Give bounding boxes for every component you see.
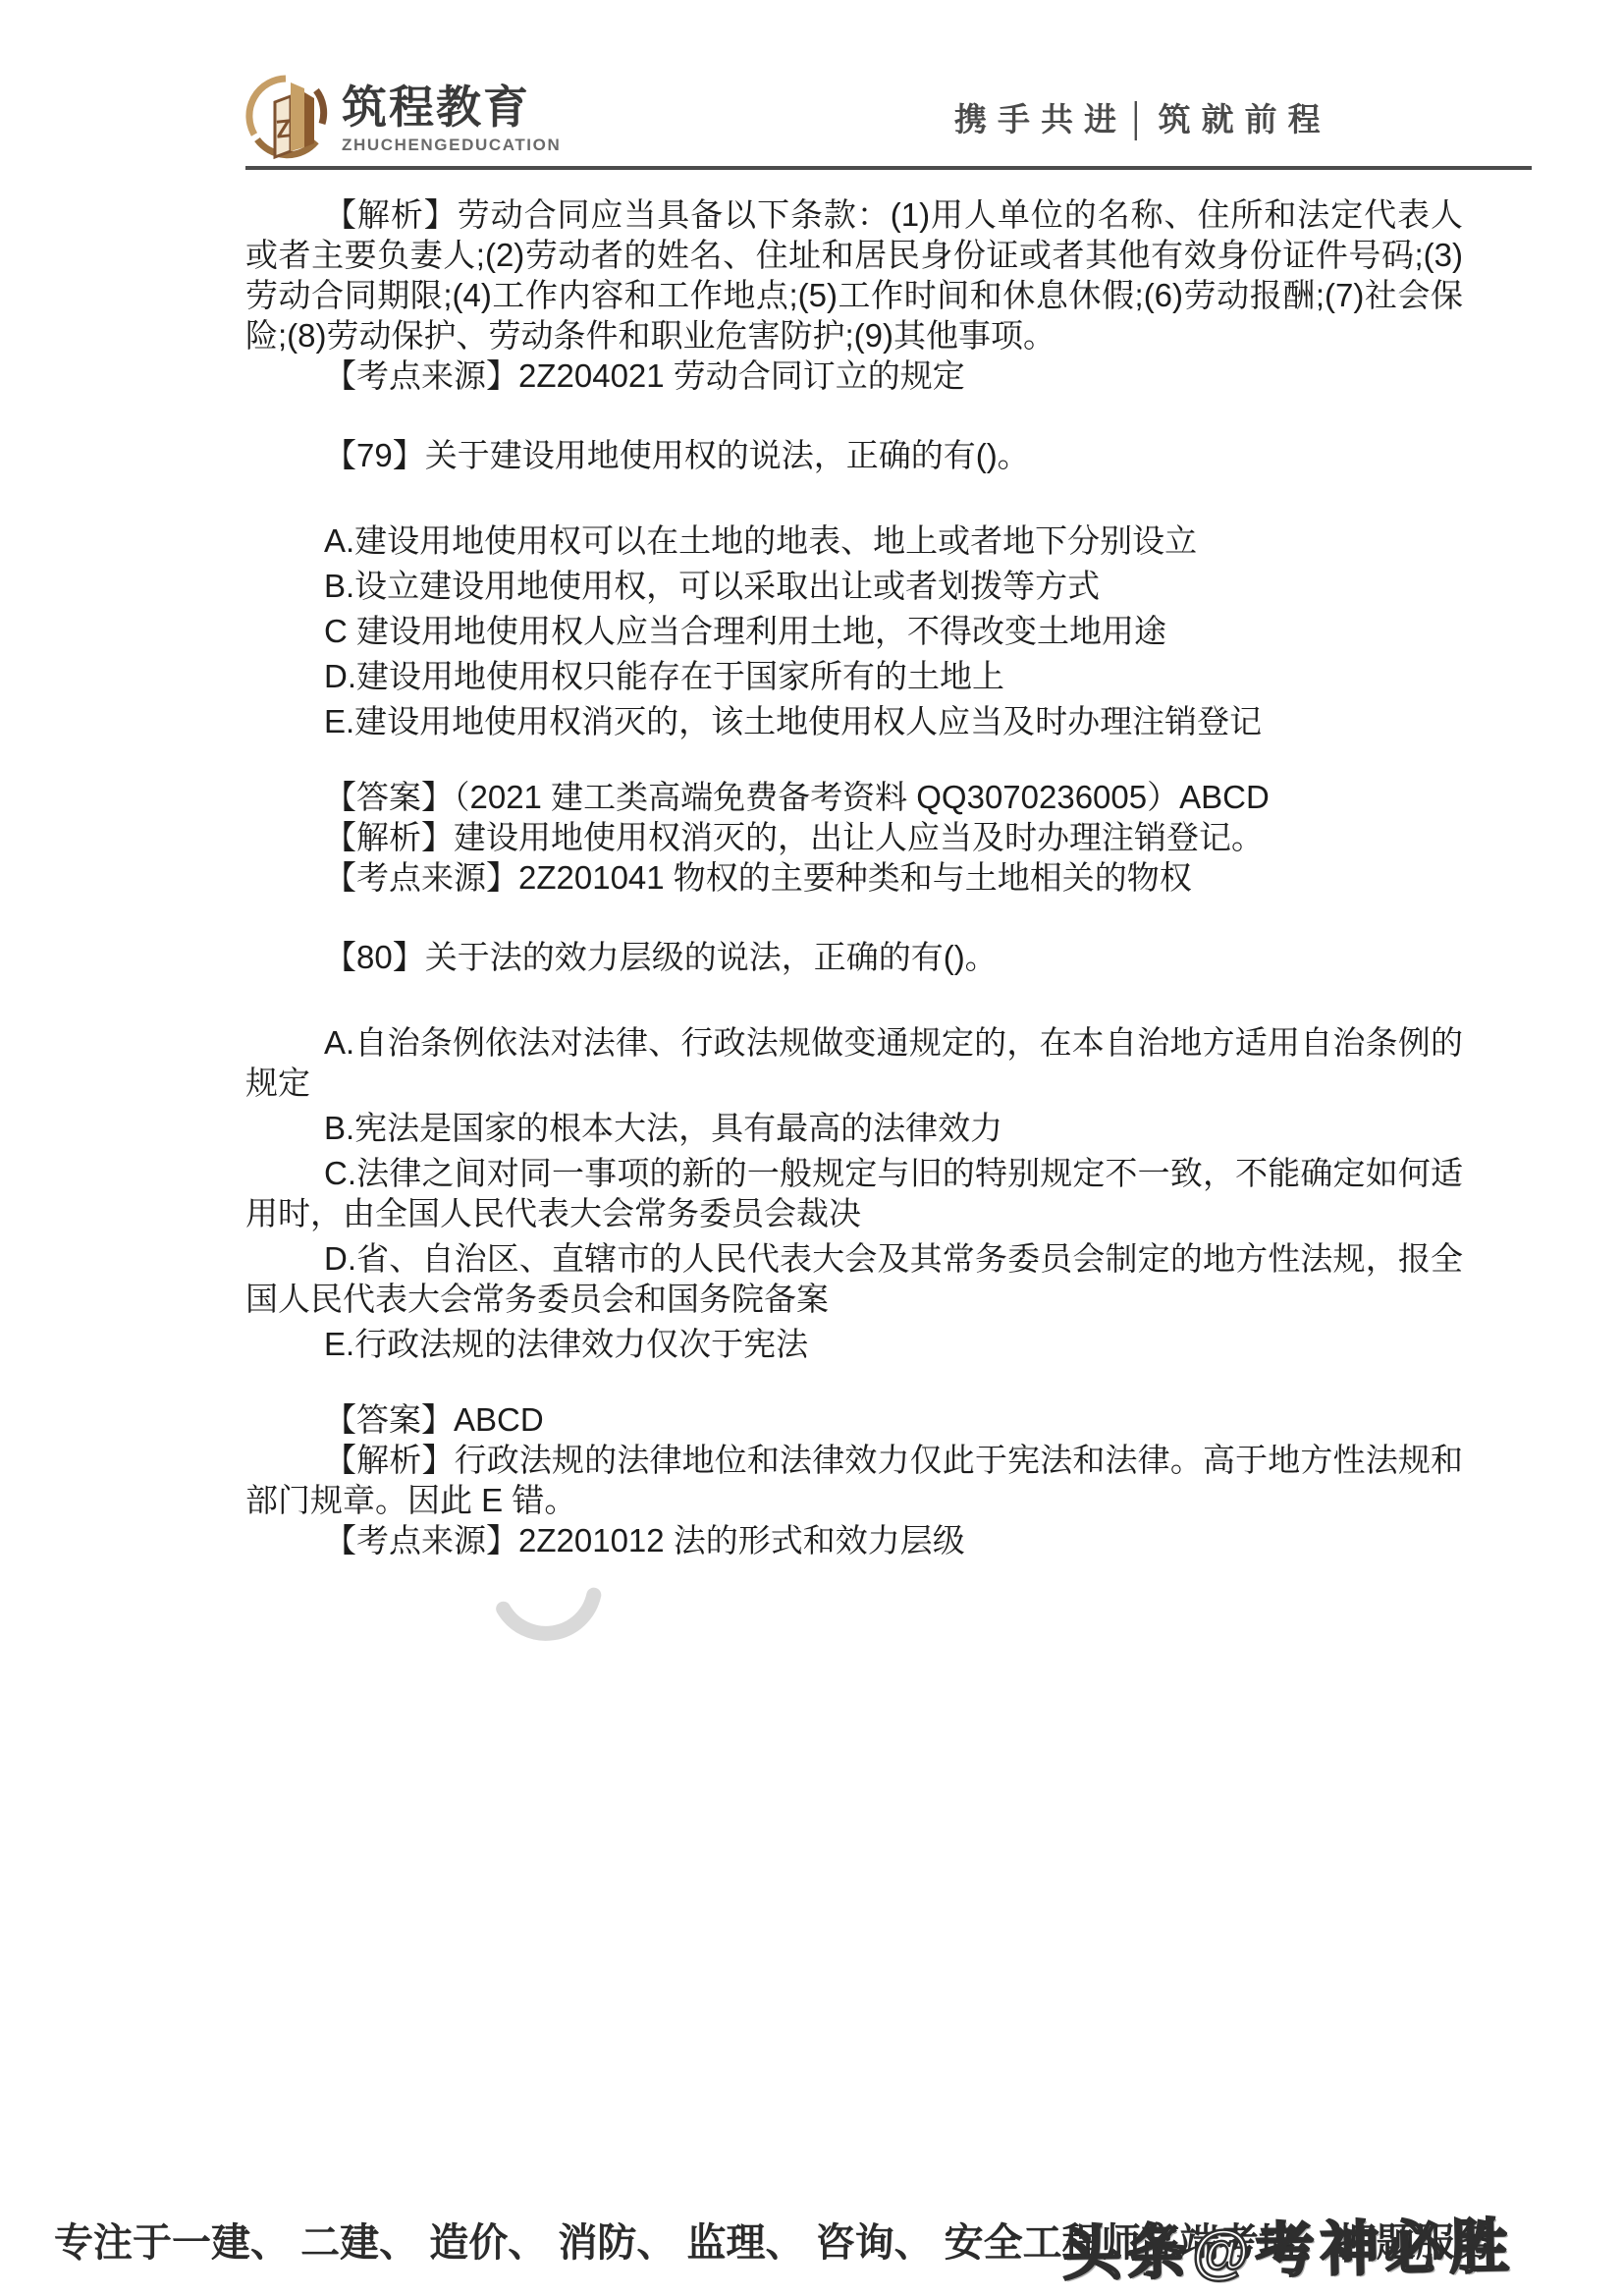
question-79-options-item-D: D.建设用地使用权只能存在于国家所有的土地上 [245,656,1463,696]
question-80-answer: 【答案】ABCD【解析】行政法规的法律地位和法律效力仅此于宪法和法律。高于地方性… [245,1399,1463,1560]
question-79: 【79】关于建设用地使用权的说法，正确的有()。 [245,435,1463,475]
brand-logo: Z 筑程教育 ZHUCHENGEDUCATION [245,73,561,163]
question-79-options-item-A: A.建设用地使用权可以在土地的地表、地上或者地下分别设立 [245,520,1463,561]
question-80-options-item-D: D.省、自治区、直辖市的人民代表大会及其常务委员会制定的地方性法规，报全国人民代… [245,1238,1463,1319]
header-divider [245,166,1532,170]
question-80-answer-line-2: 【解析】行政法规的法律地位和法律效力仅此于宪法和法律。高于地方性法规和部门规章。… [245,1440,1463,1520]
question-79-options-item-B: B.设立建设用地使用权，可以采取出让或者划拨等方式 [245,566,1463,606]
question-80-options: A.自治条例依法对法律、行政法规做变通规定的，在本自治地方适用自治条例的规定B.… [245,1022,1463,1364]
question-79-options-item-E: E.建设用地使用权消灭的，该土地使用权人应当及时办理注销登记 [245,701,1463,741]
question-79-options-item-C: C 建设用地使用权人应当合理利用土地，不得改变土地用途 [245,611,1463,651]
document-page: Z 筑程教育 ZHUCHENGEDUCATION 携手共进│筑就前程 【解析】劳… [0,0,1623,2296]
brand-name: 筑程教育 [342,82,561,132]
footer-watermark: 头条@考神必胜 [1061,2200,1515,2292]
question-79-answer-line-2: 【解析】建设用地使用权消灭的，出让人应当及时办理注销登记。 [245,817,1463,857]
question-80-options-item-A: A.自治条例依法对法律、行政法规做变通规定的，在本自治地方适用自治条例的规定 [245,1022,1463,1103]
brand-name-en: ZHUCHENGEDUCATION [342,136,561,155]
question-79-answer-line-3: 【考点来源】2Z201041 物权的主要种类和与土地相关的物权 [245,857,1463,898]
watermark-arc [489,1557,607,1645]
svg-text:Z: Z [274,113,293,144]
question-80: 【80】关于法的效力层级的说法，正确的有()。 [245,937,1463,977]
brand-text: 筑程教育 ZHUCHENGEDUCATION [342,73,561,163]
question-80-options-item-E: E.行政法规的法律效力仅次于宪法 [245,1324,1463,1364]
analysis-paragraph: 【解析】劳动合同应当具备以下条款：(1)用人单位的名称、住所和法定代表人或者主要… [245,194,1463,355]
question-80-answer-line-1: 【答案】ABCD [245,1399,1463,1440]
source-line: 【考点来源】2Z204021 劳动合同订立的规定 [245,355,1463,396]
question-79-answer: 【答案】（2021 建工类高端免费备考资料 QQ3070236005）ABCD【… [245,777,1463,898]
question-80-answer-line-3: 【考点来源】2Z201012 法的形式和效力层级 [245,1520,1463,1560]
question-79-answer-line-1: 【答案】（2021 建工类高端免费备考资料 QQ3070236005）ABCD [245,777,1463,817]
document-body: 【解析】劳动合同应当具备以下条款：(1)用人单位的名称、住所和法定代表人或者主要… [245,194,1463,1560]
question-80-options-item-C: C.法律之间对同一事项的新的一般规定与旧的特别规定不一致，不能确定如何适用时，由… [245,1153,1463,1233]
brand-logo-icon: Z [245,73,328,163]
question-79-options: A.建设用地使用权可以在土地的地表、地上或者地下分别设立B.设立建设用地使用权，… [245,520,1463,741]
question-80-options-item-B: B.宪法是国家的根本大法，具有最高的法律效力 [245,1108,1463,1148]
header-slogan: 携手共进│筑就前程 [954,94,1504,140]
